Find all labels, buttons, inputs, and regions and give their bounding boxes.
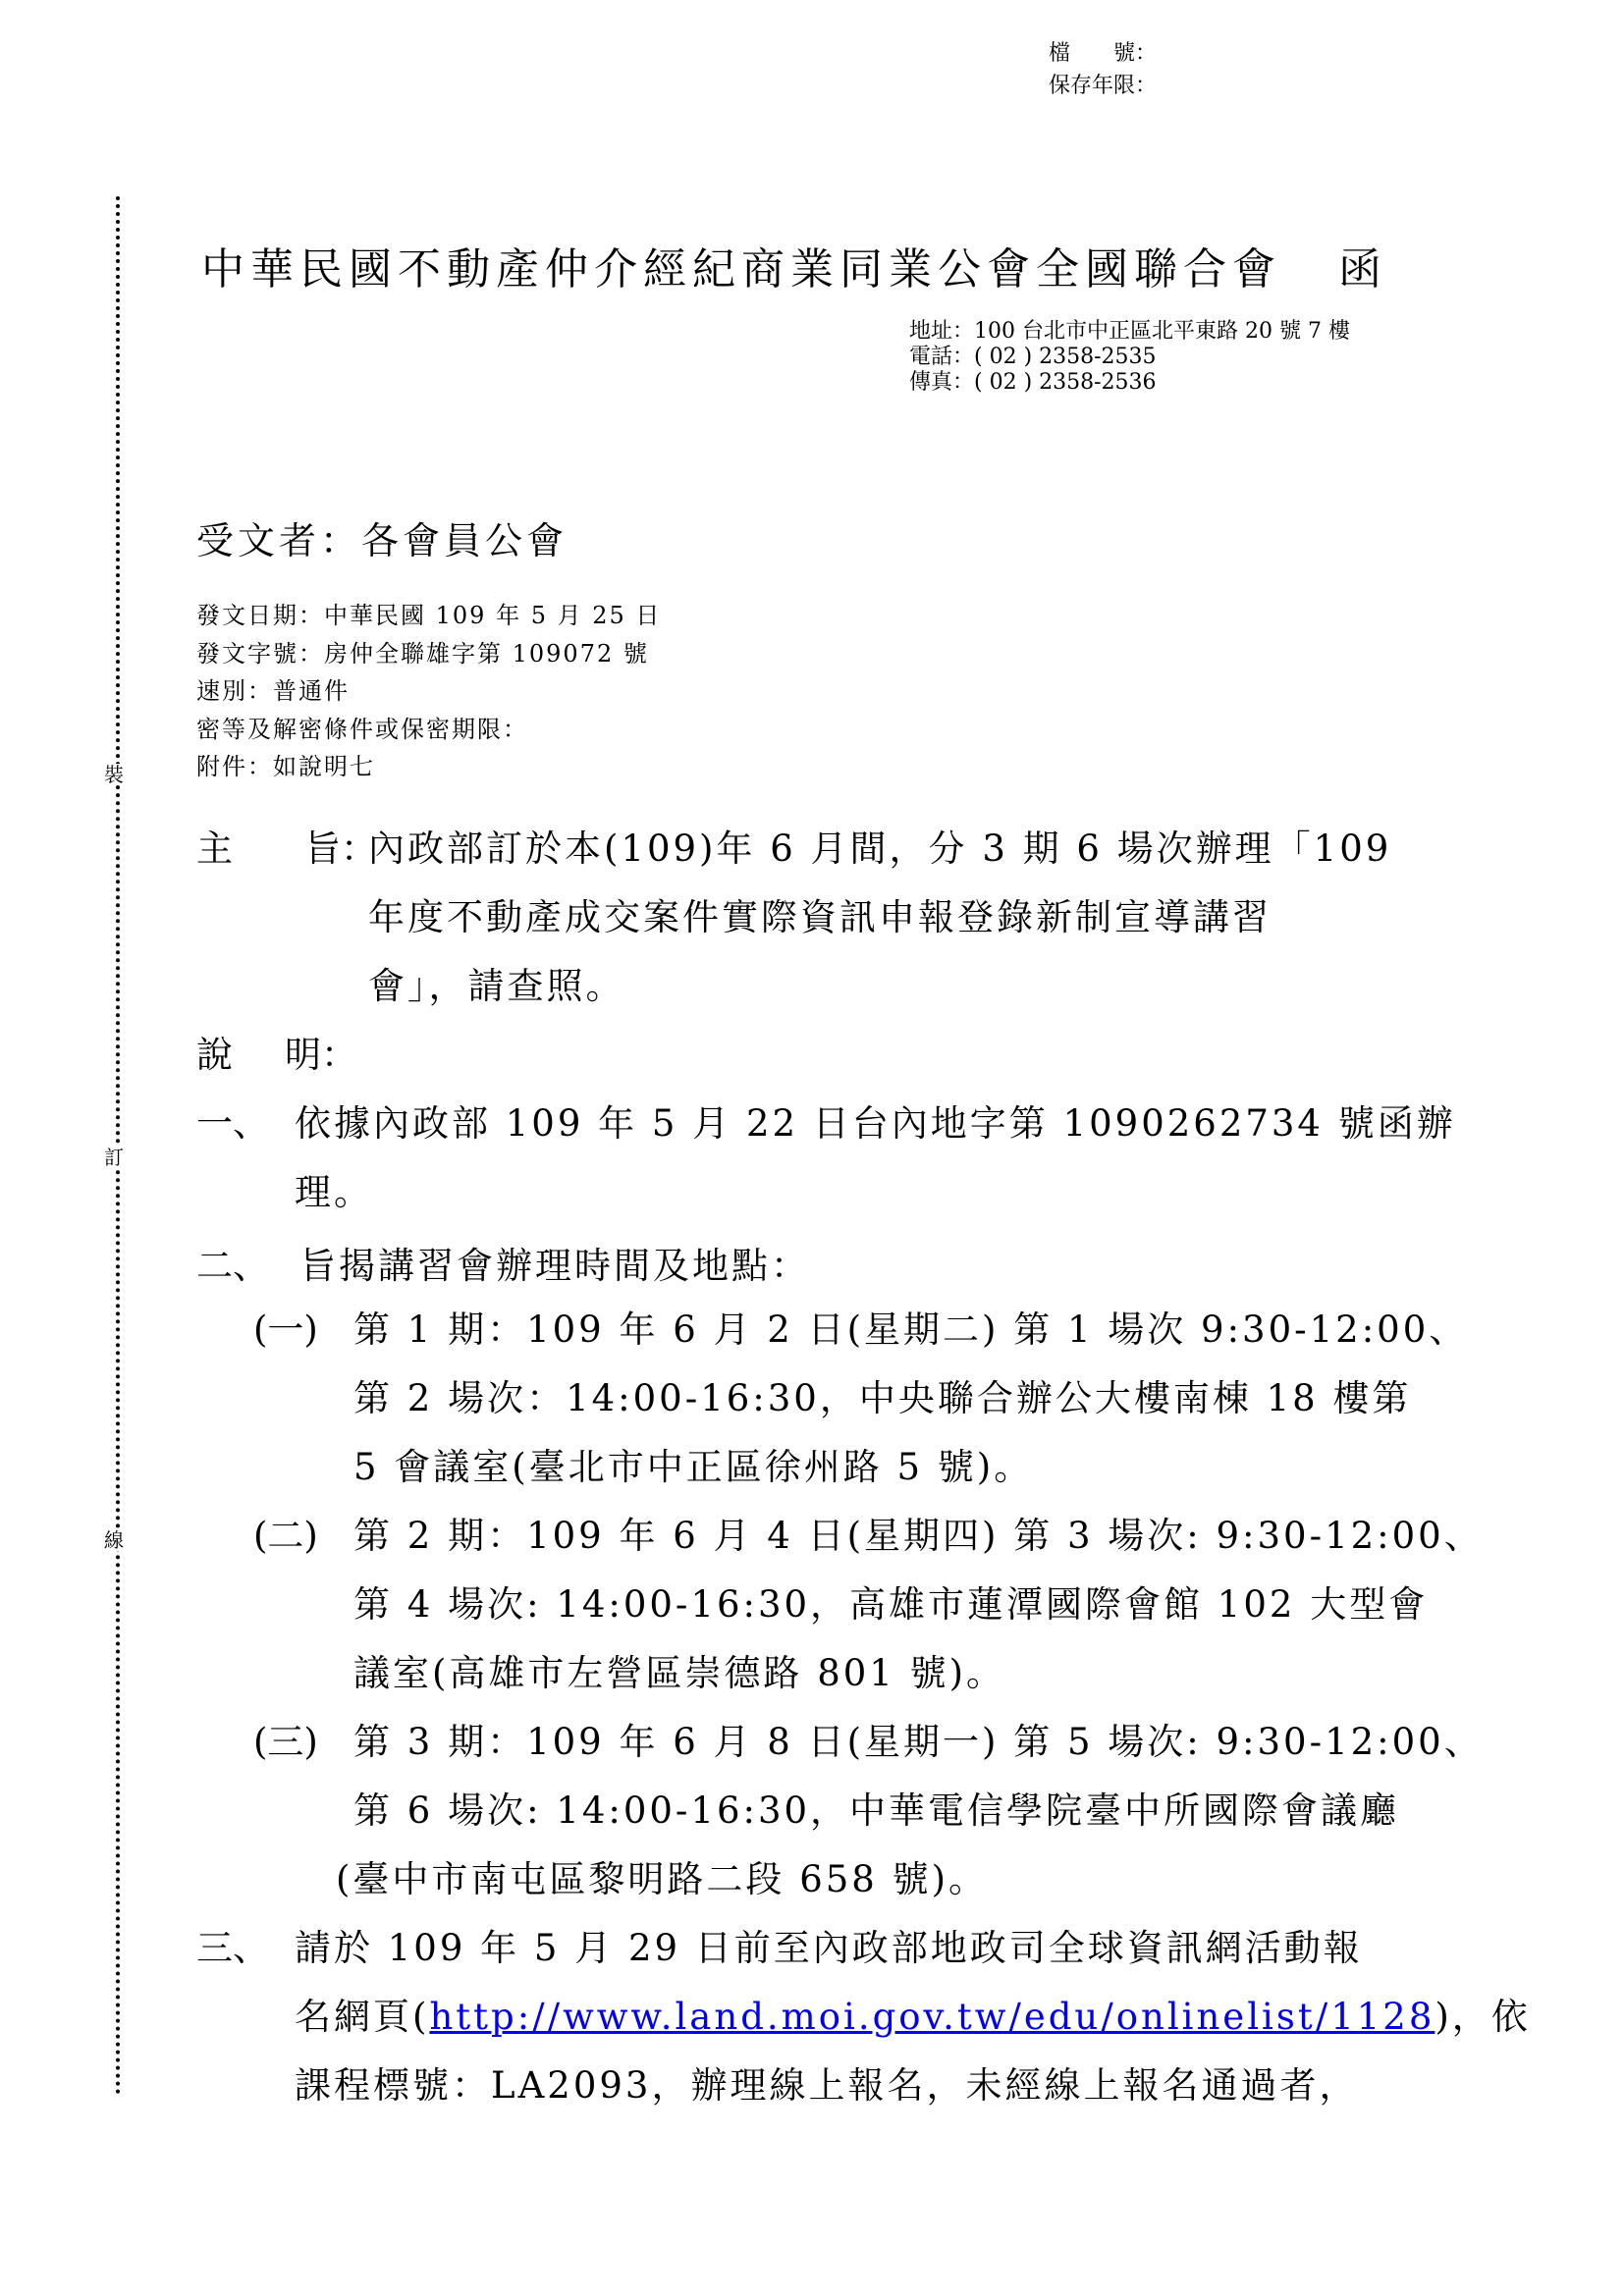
classification: 密等及解密條件或保密期限：	[196, 711, 661, 749]
organization-name: 中華民國不動產仲介經紀商業同業公會全國聯合會	[201, 244, 1281, 294]
explanation-label: 說明：	[196, 1034, 357, 1077]
subject-label: 主旨：	[196, 828, 377, 871]
subitem-marker: (一)	[253, 1308, 318, 1352]
subitem-line: 第 3 期：109 年 6 月 8 日(星期一) 第 5 場次: 9:30-12…	[353, 1721, 1484, 1764]
file-meta: 檔 號： 保存年限：	[1049, 37, 1157, 102]
subject-line: 會」，請查照。	[368, 965, 625, 1008]
address: 地址：100 台北市中正區北平東路 20 號 7 樓	[909, 319, 1350, 345]
item-marker: 一、	[196, 1102, 269, 1146]
issue-date: 發文日期：中華民國 109 年 5 月 25 日	[196, 597, 661, 635]
subitem-line: 第 1 期：109 年 6 月 2 日(星期二) 第 1 場次 9:30-12:…	[353, 1308, 1468, 1352]
subject-line: 年度不動產成交案件實際資訊申報登錄新制宣導講習	[368, 896, 1272, 939]
item-line-with-link: 名網頁(http://www.land.moi.gov.tw/edu/onlin…	[295, 1996, 1531, 2039]
fax: 傳真：( 02 ) 2358-2536	[909, 370, 1350, 396]
file-number-label: 檔 號：	[1049, 37, 1157, 70]
retention-period-label: 保存年限：	[1049, 70, 1157, 102]
priority: 速別：普通件	[196, 672, 661, 711]
subitem-marker: (二)	[253, 1515, 318, 1558]
margin-mark-bind: 裝	[104, 764, 124, 785]
item-marker: 三、	[196, 1927, 269, 1970]
subitem-line: 5 會議室(臺北市中正區徐州路 5 號)。	[353, 1446, 1033, 1489]
item-line: 旨揭講習會辦理時間及地點：	[299, 1245, 810, 1288]
item-line: 依據內政部 109 年 5 月 22 日台內地字第 1090262734 號函辦	[295, 1102, 1456, 1146]
subitem-line: 第 2 期：109 年 6 月 4 日(星期四) 第 3 場次: 9:30-12…	[353, 1515, 1484, 1558]
link-suffix: )，依	[1435, 1996, 1530, 2038]
subitem-line: 第 2 場次：14:00-16:30，中央聯合辦公大樓南棟 18 樓第	[353, 1377, 1411, 1420]
item-line: 請於 109 年 5 月 29 日前至內政部地政司全球資訊網活動報	[295, 1927, 1363, 1970]
subitem-marker: (三)	[253, 1721, 318, 1764]
item-line: 理。	[295, 1171, 373, 1214]
link-prefix: 名網頁(	[295, 1996, 429, 2038]
subitem-line: 第 6 場次: 14:00-16:30，中華電信學院臺中所國際會議廳	[353, 1789, 1399, 1833]
document-meta: 發文日期：中華民國 109 年 5 月 25 日 發文字號：房仲全聯雄字第 10…	[196, 597, 661, 786]
margin-mark-staple: 訂	[104, 1147, 124, 1168]
subitem-line: 議室(高雄市左營區崇德路 801 號)。	[353, 1652, 1005, 1695]
item-marker: 二、	[196, 1245, 269, 1288]
attachment: 附件：如說明七	[196, 748, 661, 786]
item-line: 課程標號：LA2093，辦理線上報名，未經線上報名通過者，	[295, 2064, 1358, 2108]
phone: 電話：( 02 ) 2358-2535	[909, 345, 1350, 370]
subject-line: 內政部訂於本(109)年 6 月間，分 3 期 6 場次辦理「109	[368, 828, 1391, 871]
subitem-line: (臺中市南屯區黎明路二段 658 號)。	[336, 1858, 988, 1901]
document-type: 函	[1338, 244, 1387, 294]
contact-block: 地址：100 台北市中正區北平東路 20 號 7 樓 電話：( 02 ) 235…	[909, 319, 1350, 396]
subitem-line: 第 4 場次: 14:00-16:30，高雄市蓮潭國際會館 102 大型會	[353, 1583, 1428, 1627]
reference-number: 發文字號：房仲全聯雄字第 109072 號	[196, 635, 661, 673]
margin-mark-line: 線	[104, 1529, 124, 1551]
document-title: 中華民國不動產仲介經紀商業同業公會全國聯合會函	[201, 234, 1387, 296]
registration-link[interactable]: http://www.land.moi.gov.tw/edu/onlinelis…	[429, 1996, 1435, 2038]
recipient: 受文者：各會員公會	[196, 510, 568, 564]
